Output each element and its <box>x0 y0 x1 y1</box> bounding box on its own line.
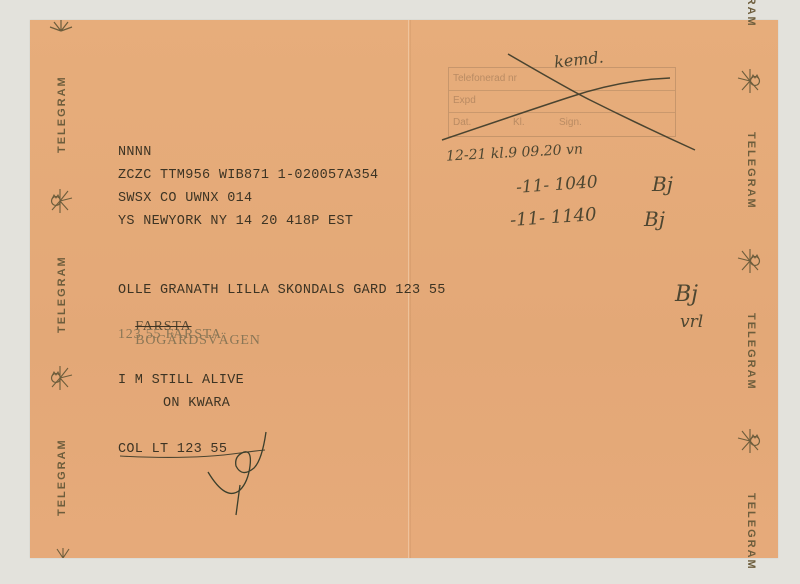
telegram-sheet: TELEGRAM TELEGRAM TELEGRAM TELEGRAM TELE… <box>30 20 778 558</box>
pen-strokes <box>30 20 778 558</box>
